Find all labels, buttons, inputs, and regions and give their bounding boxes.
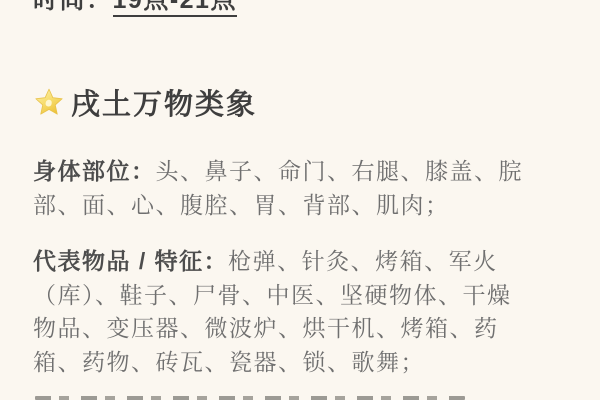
page-title: 戌土万物类象	[71, 82, 257, 123]
cutoff-text-top	[35, 396, 465, 400]
section-label: 代表物品 / 特征：	[33, 248, 228, 274]
section-title-row: 戌土万物类象	[33, 82, 257, 123]
time-header: 时间：19点-21点	[33, 0, 237, 15]
section-label: 身体部位：	[33, 158, 156, 184]
text-line: 物品、变压器、微波炉、烘干机、烤箱、药	[33, 312, 573, 346]
text-line: （库）、鞋子、尸骨、中医、坚硬物体、干燥	[33, 279, 573, 313]
line-text: 枪弹、针灸、烤箱、军火	[228, 248, 498, 274]
text-line: 身体部位：头、鼻子、命门、右腿、膝盖、脘	[33, 155, 573, 189]
document-page: 时间：19点-21点 戌土万物类象 身体部位：头、鼻子、命门、右腿、膝盖、脘 部…	[0, 0, 600, 400]
glowing-star-icon	[33, 87, 65, 119]
section-items: 代表物品 / 特征：枪弹、针灸、烤箱、军火 （库）、鞋子、尸骨、中医、坚硬物体、…	[33, 245, 573, 379]
time-value-underlined: 19点-21点	[113, 0, 237, 17]
line-text: 头、鼻子、命门、右腿、膝盖、脘	[156, 158, 524, 184]
section-body-parts: 身体部位：头、鼻子、命门、右腿、膝盖、脘 部、面、心、腹腔、胃、背部、肌肉；	[33, 155, 573, 222]
time-label: 时间：	[33, 0, 113, 14]
text-line: 部、面、心、腹腔、胃、背部、肌肉；	[33, 189, 573, 223]
text-line: 箱、药物、砖瓦、瓷器、锁、歌舞；	[33, 346, 573, 380]
text-line: 代表物品 / 特征：枪弹、针灸、烤箱、军火	[33, 245, 573, 279]
